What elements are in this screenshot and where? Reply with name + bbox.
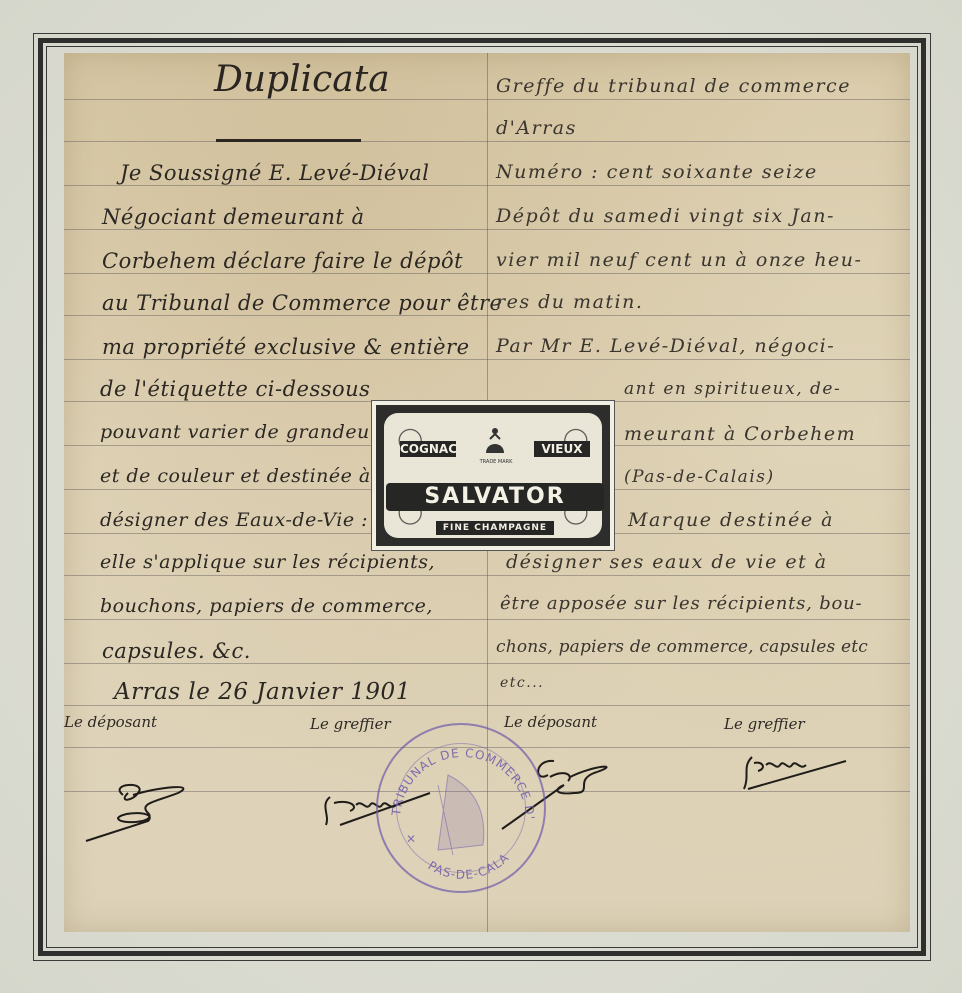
right-line: vier mil neuf cent un à onze heu- bbox=[496, 249, 862, 271]
left-line: désigner des Eaux-de-Vie : bbox=[100, 509, 368, 531]
right-line: Greffe du tribunal de commerce bbox=[496, 75, 851, 97]
right-line: désigner ses eaux de vie et à bbox=[506, 551, 828, 573]
right-line: Numéro : cent soixante seize bbox=[496, 161, 818, 183]
label-vieux: VIEUX bbox=[534, 441, 590, 457]
title-underline bbox=[216, 139, 361, 142]
right-line: d'Arras bbox=[496, 117, 577, 139]
right-line: Dépôt du samedi vingt six Jan- bbox=[496, 205, 835, 227]
depositor-signature-left bbox=[78, 773, 208, 843]
date-line: Arras le 26 Janvier 1901 bbox=[114, 679, 411, 705]
cognac-label: TRADE MARK COGNAC VIEUX SALVATOR FINE CH… bbox=[371, 400, 615, 551]
left-line: Corbehem déclare faire le dépôt bbox=[102, 249, 463, 273]
court-stamp: TRIBUNAL DE COMMERCE D'ARRAS PAS-DE-CALA… bbox=[376, 723, 546, 893]
clerk-signature-right bbox=[736, 753, 856, 803]
clerk-label-right: Le greffier bbox=[724, 715, 805, 733]
left-line: au Tribunal de Commerce pour être bbox=[102, 291, 502, 315]
crest-icon bbox=[478, 425, 512, 457]
label-subtitle: FINE CHAMPAGNE bbox=[436, 521, 554, 535]
right-line: Marque destinée à bbox=[628, 509, 834, 531]
right-line: être apposée sur les récipients, bou- bbox=[500, 593, 862, 614]
depositor-label-left: Le déposant bbox=[64, 713, 157, 731]
right-line: chons, papiers de commerce, capsules etc bbox=[496, 637, 868, 657]
left-line: pouvant varier de grandeur bbox=[100, 421, 379, 443]
left-line: Négociant demeurant à bbox=[102, 205, 364, 229]
trademark-text: TRADE MARK bbox=[474, 459, 518, 465]
label-cognac: COGNAC bbox=[400, 441, 456, 457]
left-line: de l'étiquette ci-dessous bbox=[100, 377, 370, 401]
label-brand: SALVATOR bbox=[386, 483, 604, 511]
left-line: et de couleur et destinée à bbox=[100, 465, 371, 487]
left-line: bouchons, papiers de commerce, bbox=[100, 595, 433, 617]
right-line: ant en spiritueux, de- bbox=[624, 379, 841, 399]
svg-text:✕: ✕ bbox=[406, 832, 416, 846]
right-line: res du matin. bbox=[496, 291, 643, 313]
left-line: Je Soussigné E. Levé-Diéval bbox=[120, 161, 429, 185]
document-title: Duplicata bbox=[214, 59, 390, 100]
right-line: (Pas-de-Calais) bbox=[624, 467, 775, 487]
stamp-seal-icon: TRIBUNAL DE COMMERCE D'ARRAS PAS-DE-CALA… bbox=[378, 725, 548, 895]
right-line: Par Mr E. Levé-Diéval, négoci- bbox=[496, 335, 835, 357]
right-line: etc... bbox=[500, 675, 544, 691]
left-line: elle s'applique sur les récipients, bbox=[100, 551, 435, 573]
left-line: capsules. &c. bbox=[102, 639, 251, 663]
left-line: ma propriété exclusive & entière bbox=[102, 335, 470, 359]
right-line: meurant à Corbehem bbox=[624, 423, 856, 445]
document-paper: Duplicata Je Soussigné E. Levé-Diéval Né… bbox=[64, 53, 910, 932]
